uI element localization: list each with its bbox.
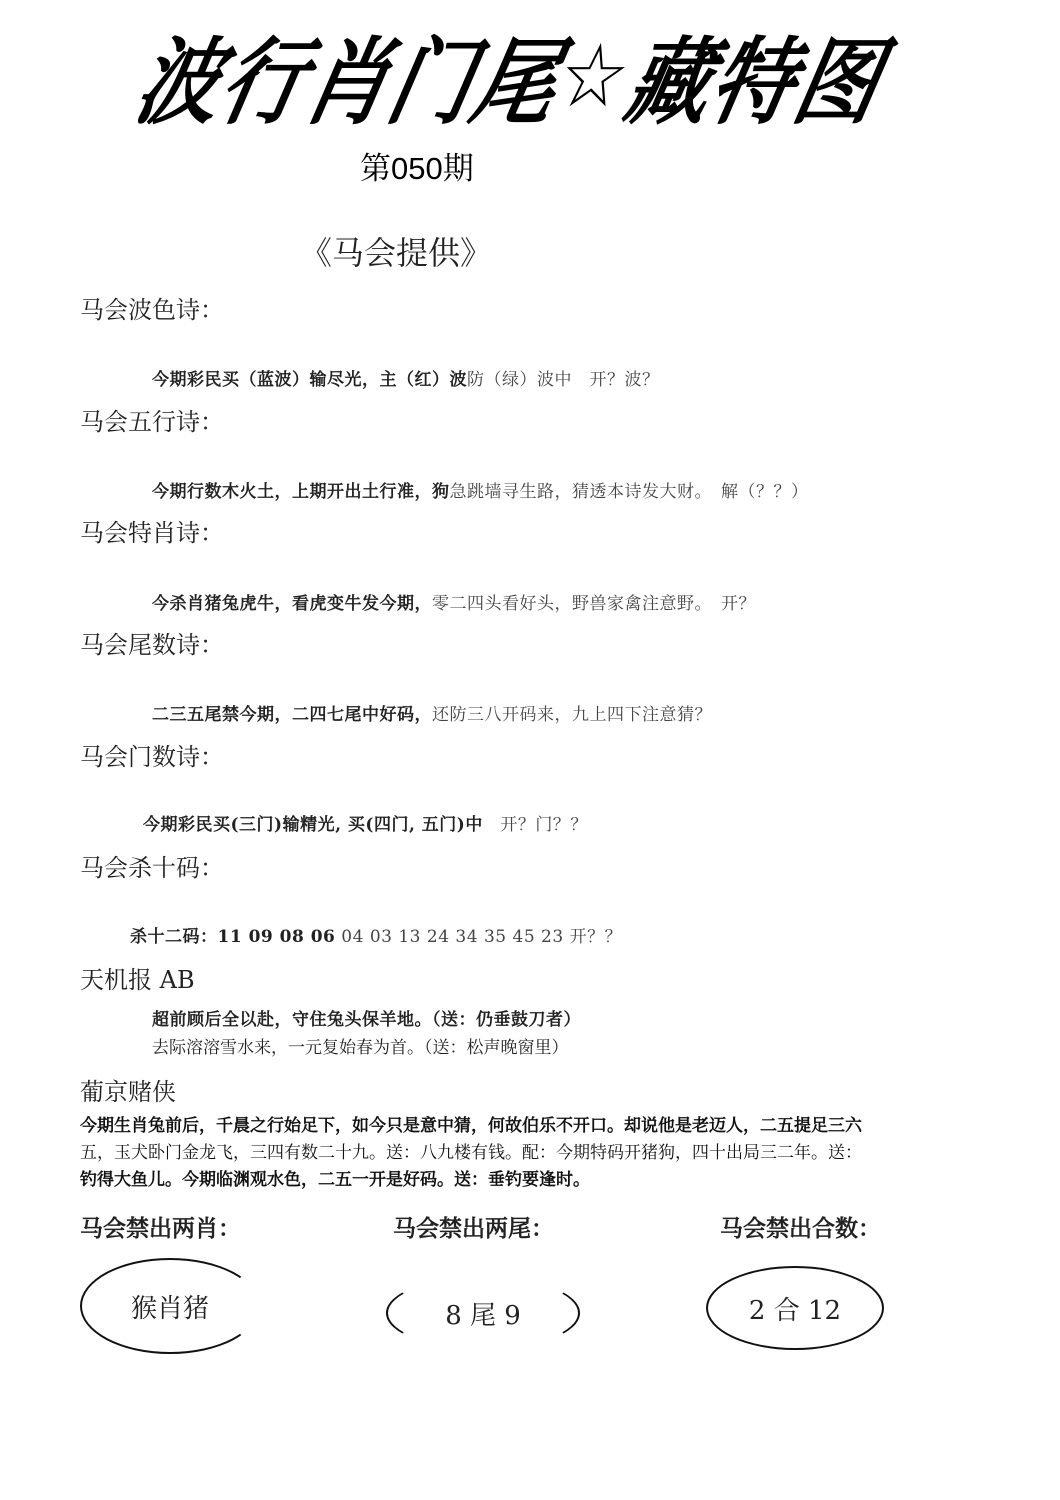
poem-text-light: 零二四头看好头，野兽家禽注意野。 开？: [432, 594, 756, 614]
tianji-line-1: 超前顾后全以赴，守住兔头保羊地。（送：仍垂鼓刀者）: [152, 1005, 581, 1030]
poem-text-bold: 二三五尾禁今期，二四七尾中好码，: [152, 705, 432, 725]
poem-five-elements: 今期行数木火土，上期开出土行准，狗急跳墙寻生路，猜透本诗发大财。 解（？？）: [152, 477, 809, 502]
poem-text-light: 防（绿）波中 开？波？: [467, 370, 660, 390]
ban-label-zodiac: 马会禁出两肖：: [80, 1210, 241, 1243]
ban-value-sum: 2 合 12: [749, 1290, 841, 1327]
poem-gate-number: 今期彩民买(三门)输精光, 买(四门, 五门)中 开？门？？: [143, 810, 588, 835]
issue-number: 第050期: [360, 143, 474, 188]
ban-oval-tail: 8 尾 9: [386, 1276, 580, 1350]
pujing-paragraph: 今期生肖兔前后，千晨之行始足下，如今只是意中猜，何故伯乐不开口。却说他是老迈人，…: [80, 1113, 960, 1194]
kill-numbers-line: 杀十二码：11 09 08 06 04 03 13 24 34 35 45 23…: [130, 922, 622, 947]
page-title: 波 行 肖 门 尾 ☆ 藏 特 图: [140, 20, 880, 130]
tianji-line-2: 去际溶溶雪水来，一元复始春为首。（送：松声晚窗里）: [152, 1033, 569, 1058]
section-heading-tail-number: 马会尾数诗：: [80, 625, 224, 660]
poem-text-bold: 今杀肖猪兔虎牛，看虎变牛发今期，: [152, 594, 432, 614]
ban-oval-sum: 2 合 12: [706, 1266, 884, 1350]
pujing-line: 钓得大鱼儿。今期临渊观水色，二五一开是好码。送：垂钓要逢时。: [80, 1167, 960, 1194]
poem-text-bold: 今期彩民买(三门)输精光, 买(四门, 五门)中: [143, 815, 483, 835]
poem-special-zodiac: 今杀肖猪兔虎牛，看虎变牛发今期，零二四头看好头，野兽家禽注意野。 开？: [152, 589, 756, 614]
section-heading-special-zodiac: 马会特肖诗：: [80, 513, 224, 548]
ban-oval-zodiac: 猴肖猪: [80, 1258, 260, 1354]
poem-text-light: 开？门？？: [483, 815, 588, 835]
ban-label-tail: 马会禁出两尾：: [393, 1210, 554, 1243]
section-heading-pujing: 葡京赌侠: [80, 1072, 176, 1107]
ban-label-sum: 马会禁出合数：: [720, 1210, 881, 1243]
poem-text-bold: 今期行数木火土，上期开出土行准，狗: [152, 482, 450, 502]
provider-label: 《马会提供》: [300, 228, 492, 274]
section-heading-five-elements: 马会五行诗：: [80, 402, 224, 437]
poem-text-light: 还防三八开码来，九上四下注意猜？: [432, 705, 712, 725]
poem-text-bold: 今期彩民买（蓝波）输尽光，主（红）波: [152, 370, 467, 390]
poem-text-light: 急跳墙寻生路，猜透本诗发大财。 解（？？）: [450, 482, 809, 502]
kill-numbers-bold: 杀十二码：11 09 08 06: [130, 927, 335, 947]
ban-value-tail: 8 尾 9: [445, 1295, 521, 1332]
section-heading-tianji: 天机报 AB: [80, 960, 195, 995]
section-heading-wave-color: 马会波色诗：: [80, 290, 224, 325]
section-heading-kill-ten: 马会杀十码：: [80, 848, 224, 883]
pujing-line: 五，玉犬卧门金龙飞，三四有数二十九。送：八九楼有钱。配：今期特码开猪狗，四十出局…: [80, 1140, 960, 1167]
poem-wave-color: 今期彩民买（蓝波）输尽光，主（红）波防（绿）波中 开？波？: [152, 365, 660, 390]
kill-numbers-light: 04 03 13 24 34 35 45 23 开？？: [335, 927, 622, 947]
ban-value-zodiac: 猴肖猪: [131, 1288, 209, 1325]
section-heading-gate-number: 马会门数诗：: [80, 737, 224, 772]
poem-tail-number: 二三五尾禁今期，二四七尾中好码，还防三八开码来，九上四下注意猜？: [152, 700, 712, 725]
pujing-line: 今期生肖兔前后，千晨之行始足下，如今只是意中猜，何故伯乐不开口。却说他是老迈人，…: [80, 1113, 960, 1140]
